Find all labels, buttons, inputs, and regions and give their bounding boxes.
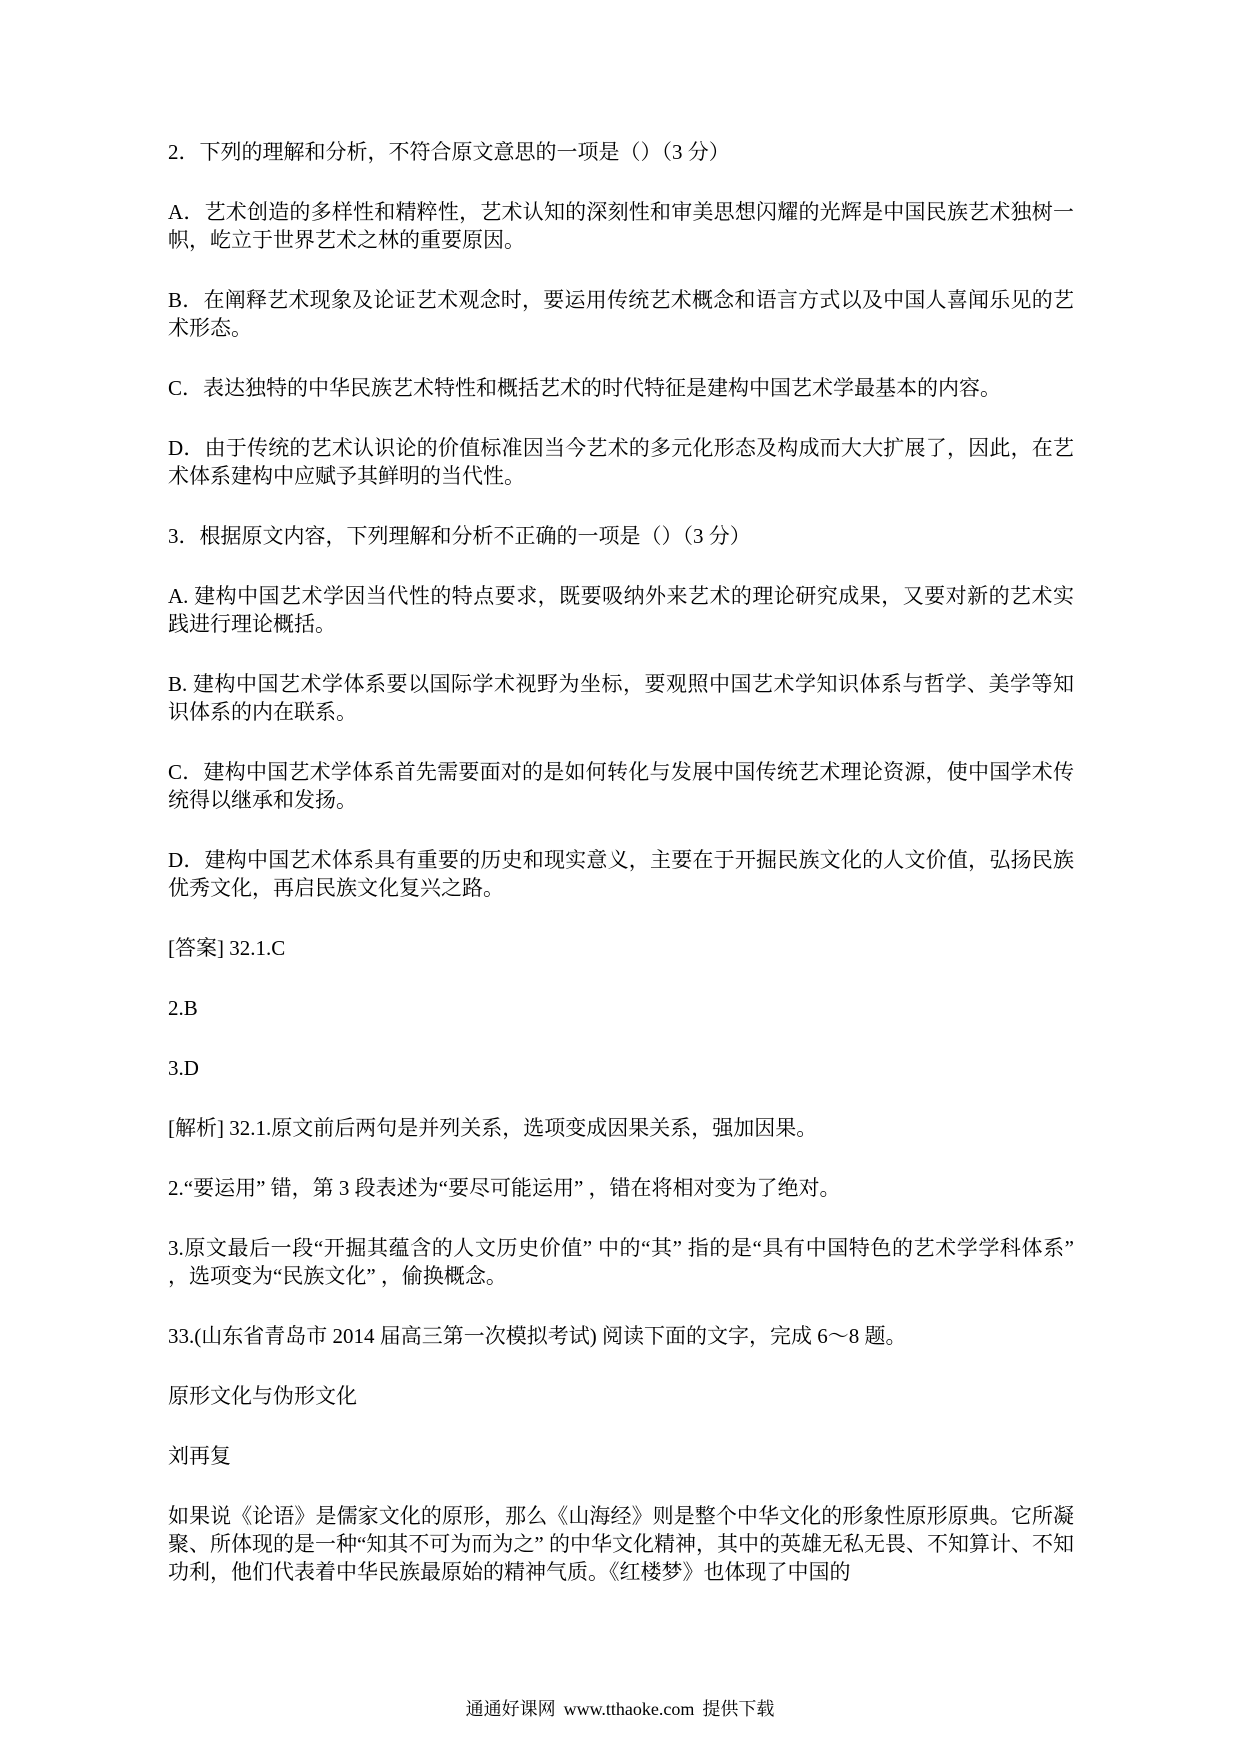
- question-2-option-c: C．表达独特的中华民族艺术特性和概括艺术的时代特征是建构中国艺术学最基本的内容。: [168, 374, 1074, 402]
- analysis-line-3: 3.原文最后一段“开掘其蕴含的人文历史价值” 中的“其” 指的是“具有中国特色的…: [168, 1234, 1074, 1290]
- answer-line-3: 3.D: [168, 1054, 1074, 1082]
- passage-author: 刘再复: [168, 1442, 1074, 1470]
- answer-line-2: 2.B: [168, 994, 1074, 1022]
- analysis-line-2: 2.“要运用” 错，第 3 段表述为“要尽可能运用” ，错在将相对变为了绝对。: [168, 1174, 1074, 1202]
- question-2-option-a: A．艺术创造的多样性和精粹性，艺术认知的深刻性和审美思想闪耀的光辉是中国民族艺术…: [168, 198, 1074, 254]
- question-2-option-b: B．在阐释艺术现象及论证艺术观念时，要运用传统艺术概念和语言方式以及中国人喜闻乐…: [168, 286, 1074, 342]
- question-2-stem: 2．下列的理解和分析，不符合原文意思的一项是（）（3 分）: [168, 138, 1074, 166]
- analysis-line-1: [解析] 32.1.原文前后两句是并列关系，选项变成因果关系，强加因果。: [168, 1114, 1074, 1142]
- question-3-option-a: A. 建构中国艺术学因当代性的特点要求，既要吸纳外来艺术的理论研究成果，又要对新…: [168, 582, 1074, 638]
- answer-line-1: [答案] 32.1.C: [168, 934, 1074, 962]
- question-3-option-b: B. 建构中国艺术学体系要以国际学术视野为坐标，要观照中国艺术学知识体系与哲学、…: [168, 670, 1074, 726]
- document-content: 2．下列的理解和分析，不符合原文意思的一项是（）（3 分） A．艺术创造的多样性…: [168, 138, 1074, 1618]
- question-3-stem: 3．根据原文内容，下列理解和分析不正确的一项是（）（3 分）: [168, 522, 1074, 550]
- footer-site-name: 通通好课网: [466, 1699, 556, 1719]
- page-footer: 通通好课网www.tthaoke.com提供下载: [0, 1698, 1240, 1720]
- document-page: 2．下列的理解和分析，不符合原文意思的一项是（）（3 分） A．艺术创造的多样性…: [0, 0, 1240, 1754]
- footer-site-url: www.tthaoke.com: [564, 1699, 695, 1719]
- question-3-option-c: C．建构中国艺术学体系首先需要面对的是如何转化与发展中国传统艺术理论资源，使中国…: [168, 758, 1074, 814]
- footer-suffix: 提供下载: [702, 1699, 774, 1719]
- question-3-option-d: D．建构中国艺术体系具有重要的历史和现实意义，主要在于开掘民族文化的人文价值，弘…: [168, 846, 1074, 902]
- question-33-intro: 33.(山东省青岛市 2014 届高三第一次模拟考试) 阅读下面的文字，完成 6…: [168, 1322, 1074, 1350]
- passage-paragraph: 如果说《论语》是儒家文化的原形，那么《山海经》则是整个中华文化的形象性原形原典。…: [168, 1502, 1074, 1586]
- question-2-option-d: D．由于传统的艺术认识论的价值标准因当今艺术的多元化形态及构成而大大扩展了，因此…: [168, 434, 1074, 490]
- passage-title: 原形文化与伪形文化: [168, 1382, 1074, 1410]
